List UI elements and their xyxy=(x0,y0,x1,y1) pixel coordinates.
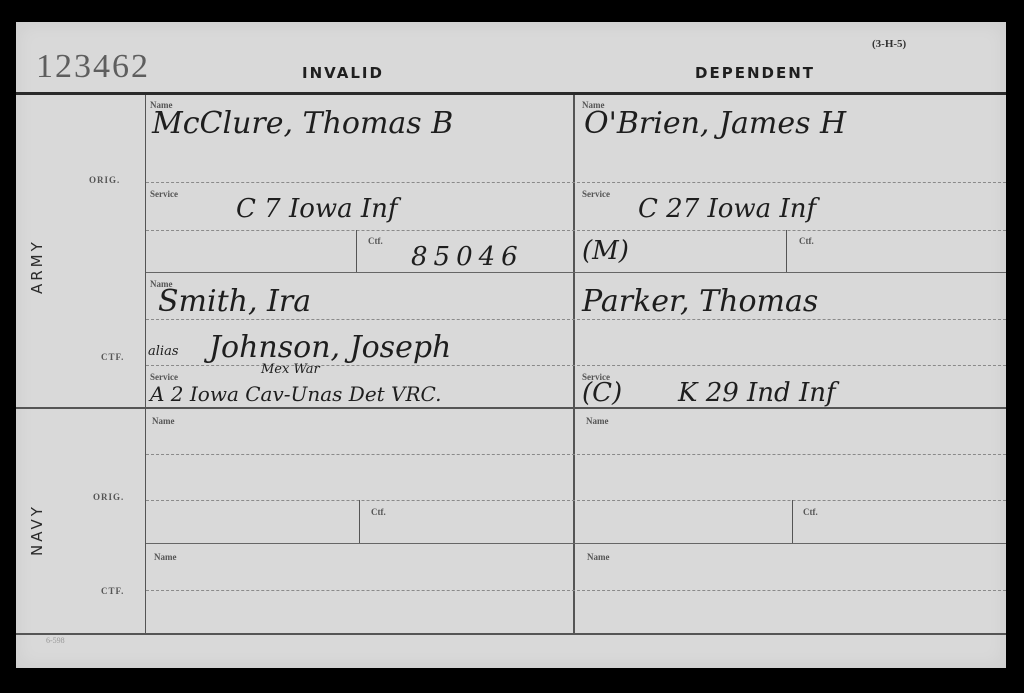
row-label-army-orig: ORIG. xyxy=(89,175,120,185)
army-ctf-dependent-marker: (C) xyxy=(582,378,622,408)
navy-invalid-ctf-divider xyxy=(359,500,360,543)
navy-orig-dependent-name-label: Name xyxy=(586,416,609,426)
army-orig-dependent-ctf-label: Ctf. xyxy=(799,236,814,246)
section-label-navy: NAVY xyxy=(28,504,46,556)
navy-ctf-name-line xyxy=(146,590,1006,591)
navy-orig-invalid-name-label: Name xyxy=(152,416,175,426)
navy-orig-dependent-ctf-label: Ctf. xyxy=(803,507,818,517)
army-ctf-dependent-service: K 29 Ind Inf xyxy=(678,378,836,408)
navy-ctf-dependent-name-label: Name xyxy=(587,552,610,562)
invalid-ctf-divider xyxy=(356,230,357,272)
army-ctf-invalid-service: A 2 Iowa Cav-Unas Det VRC. xyxy=(150,382,442,406)
navy-ctf-invalid-name-label: Name xyxy=(154,552,177,562)
footer-print-code: 6-598 xyxy=(46,636,65,645)
army-orig-dependent-service: C 27 Iowa Inf xyxy=(638,194,816,224)
army-ctf-invalid-alias-label: alias xyxy=(148,344,179,359)
army-orig-invalid-service: C 7 Iowa Inf xyxy=(236,194,398,224)
navy-orig-name-line xyxy=(146,454,1006,455)
army-ctf-name-line xyxy=(146,319,1006,320)
army-ctf-invalid-alias: Johnson, Joseph xyxy=(209,330,451,365)
army-orig-invalid-service-label: Service xyxy=(150,189,178,199)
army-orig-service-line xyxy=(146,230,1006,231)
navy-orig-service-line xyxy=(146,500,1006,501)
army-orig-dependent-marker: (M) xyxy=(582,236,629,266)
row-label-army-ctf: CTF. xyxy=(101,352,124,362)
section-label-army: ARMY xyxy=(28,239,46,294)
army-orig-invalid-ctf-label: Ctf. xyxy=(368,236,383,246)
army-ctf-invalid-name: Smith, Ira xyxy=(158,284,311,319)
army-ctf-invalid-service-note: Mex War xyxy=(261,362,320,377)
navy-orig-invalid-ctf-label: Ctf. xyxy=(371,507,386,517)
army-orig-dependent-name: O'Brien, James H xyxy=(584,106,846,141)
card-number: 123462 xyxy=(36,48,150,86)
header-rule xyxy=(16,92,1006,95)
form-code: (3-H-5) xyxy=(872,38,906,50)
navy-orig-bottom xyxy=(146,543,1006,544)
army-orig-dependent-service-label: Service xyxy=(582,189,610,199)
card-bottom-rule xyxy=(16,633,1006,635)
row-label-navy-ctf: CTF. xyxy=(101,586,124,596)
dependent-ctf-divider xyxy=(786,230,787,272)
army-ctf-invalid-service-label: Service xyxy=(150,372,178,382)
army-orig-name-line xyxy=(146,182,1006,183)
army-navy-separator xyxy=(16,407,1006,409)
pension-index-card: 123462 (3-H-5) INVALID DEPENDENT ARMY NA… xyxy=(16,22,1006,668)
army-orig-invalid-name: McClure, Thomas B xyxy=(152,106,453,141)
army-orig-bottom xyxy=(146,272,1006,273)
row-label-navy-orig: ORIG. xyxy=(93,492,124,502)
header-invalid: INVALID xyxy=(302,64,384,82)
army-ctf-dependent-name: Parker, Thomas xyxy=(582,284,818,319)
army-orig-invalid-ctf: 85046 xyxy=(411,242,524,272)
header-dependent: DEPENDENT xyxy=(695,64,815,82)
navy-dependent-ctf-divider xyxy=(792,500,793,543)
